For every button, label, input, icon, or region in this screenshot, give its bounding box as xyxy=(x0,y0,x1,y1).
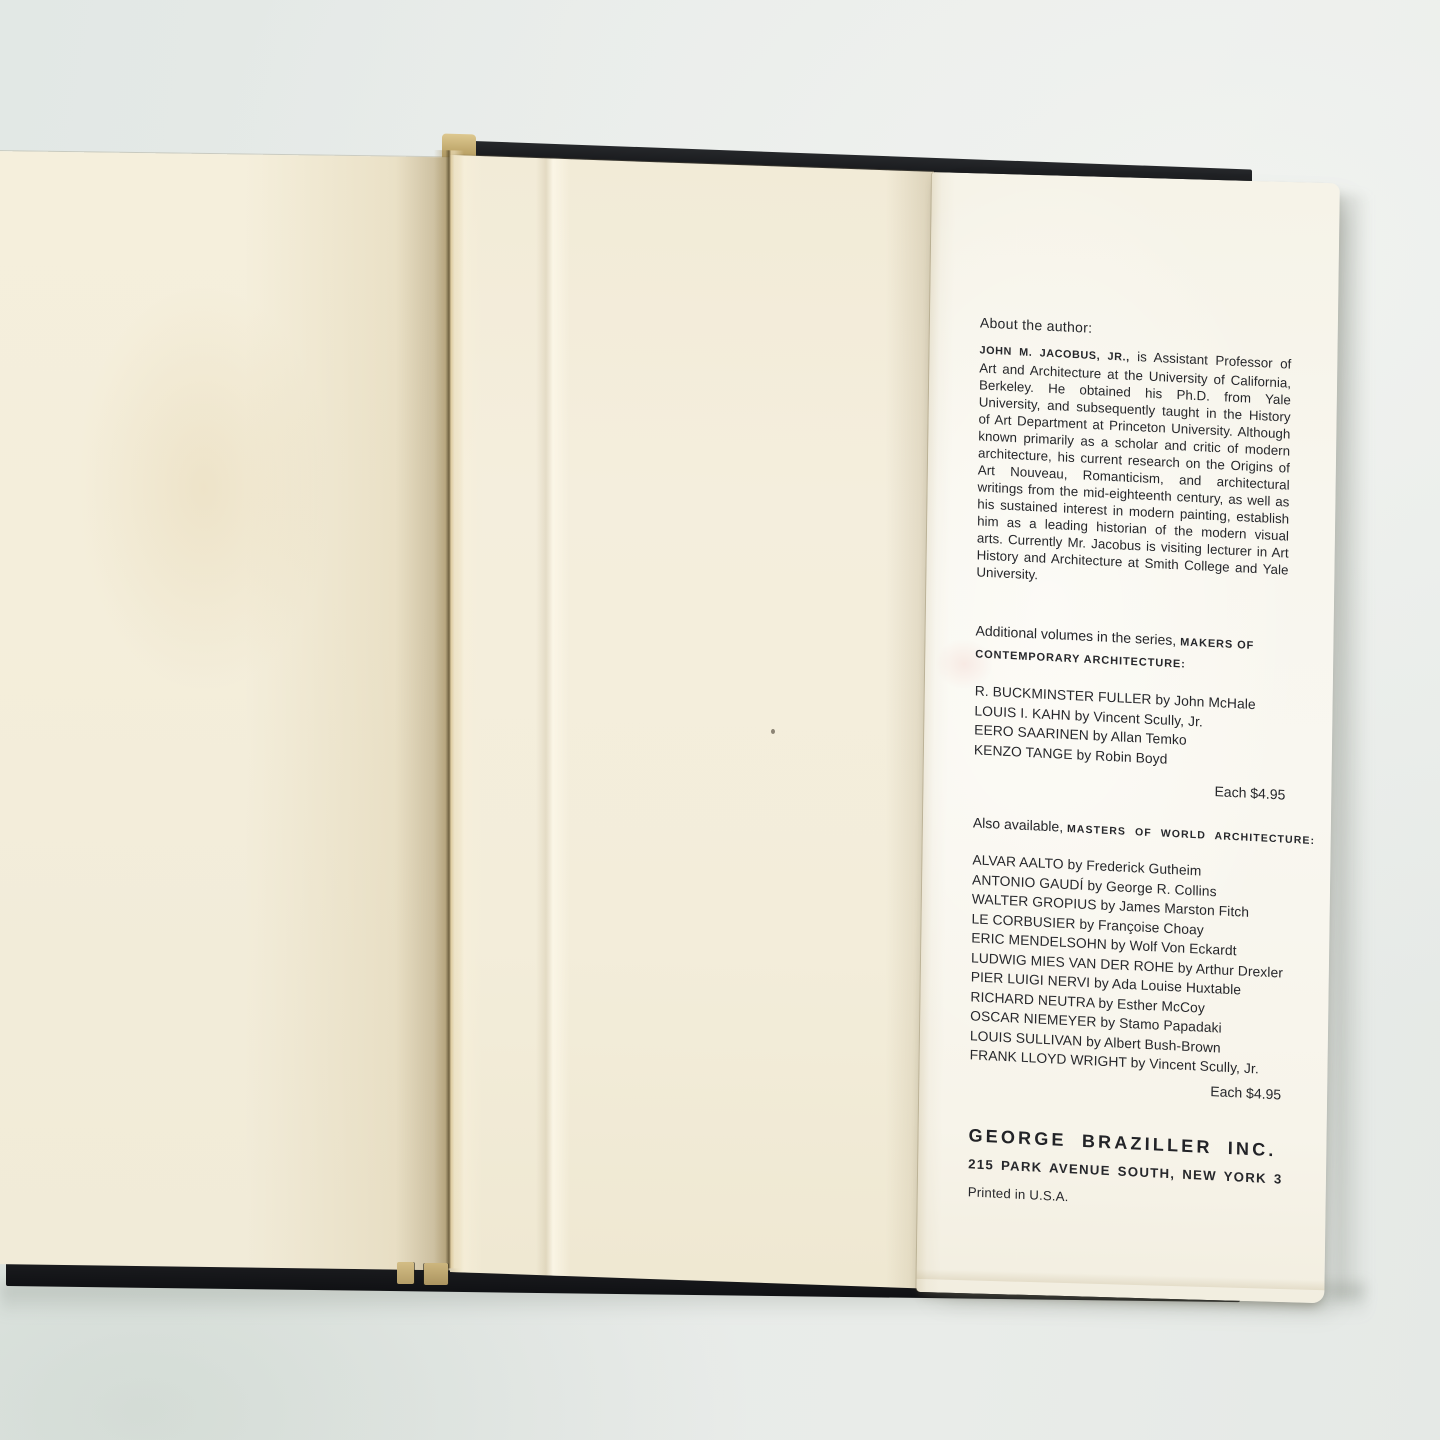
publisher-address: 215 PARK AVENUE SOUTH, NEW YORK 3 xyxy=(968,1156,1280,1186)
also-intro-text: Also available, xyxy=(973,814,1063,834)
left-blank-page xyxy=(0,151,450,1270)
publisher-name: GEORGE BRAZILLER INC. xyxy=(968,1125,1280,1161)
flap-right-shadow xyxy=(1336,195,1370,1300)
paper-speck xyxy=(771,729,775,734)
series-book-list: R. BUCKMINSTER FULLER by John McHale LOU… xyxy=(974,681,1287,774)
also-intro-caps: MASTERS OF WORLD ARCHITECTURE: xyxy=(1067,823,1315,847)
series-intro: Additional volumes in the series, MAKERS… xyxy=(975,620,1287,679)
flap-printed-text: About the author: JOHN M. JACOBUS, JR., … xyxy=(968,313,1292,1214)
flap-bottom-crease xyxy=(917,1269,1325,1290)
also-book-list: ALVAR AALTO by Frederick Gutheim ANTONIO… xyxy=(970,850,1285,1080)
dust-jacket-flap: About the author: JOHN M. JACOBUS, JR., … xyxy=(916,172,1340,1303)
printed-in-usa-note: Printed in U.S.A. xyxy=(968,1184,1280,1214)
spine-tailband xyxy=(397,1262,414,1284)
endpaper-page xyxy=(450,155,934,1289)
author-bio-text: is Assistant Professor of Art and Archit… xyxy=(976,349,1291,582)
about-heading: About the author: xyxy=(980,313,1292,346)
series-price: Each $4.95 xyxy=(973,771,1285,802)
series-intro-text: Additional volumes in the series, xyxy=(975,622,1176,648)
also-available-intro: Also available, MASTERS OF WORLD ARCHITE… xyxy=(973,813,1285,849)
spine-tailband xyxy=(424,1263,448,1285)
author-bio-paragraph: JOHN M. JACOBUS, JR., is Assistant Profe… xyxy=(976,340,1291,595)
book-gutter xyxy=(434,150,464,1269)
